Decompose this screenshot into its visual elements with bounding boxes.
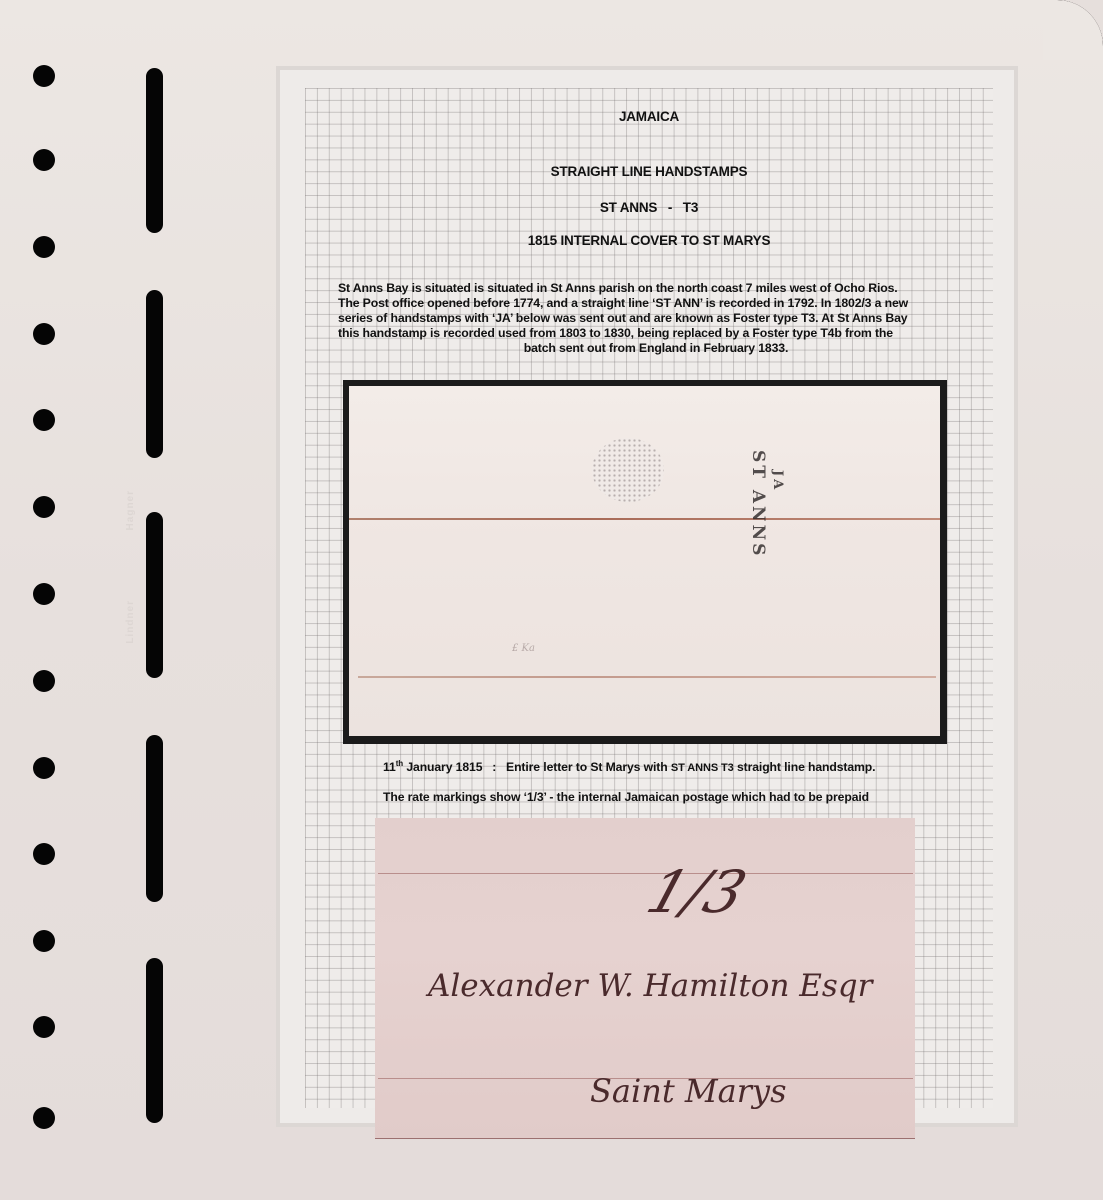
binder-hole <box>33 930 55 952</box>
binder-hole <box>33 670 55 692</box>
binder-slot <box>146 735 163 902</box>
binder-hole <box>33 583 55 605</box>
pencil-note: £ Ka <box>512 643 535 654</box>
binder-slot <box>146 290 163 458</box>
fold-line <box>349 518 940 520</box>
binder-slot <box>146 512 163 678</box>
intro-paragraph: St Anns Bay is situated is situated in S… <box>338 281 958 356</box>
addressee: Alexander W. Hamilton Esqr <box>428 968 872 1004</box>
binder-hole <box>33 1016 55 1038</box>
cover-back-image <box>349 386 940 736</box>
binder-hole <box>33 843 55 865</box>
binder-hole <box>33 323 55 345</box>
section-label: ST ANNS - T3 <box>305 200 993 215</box>
binder-hole <box>33 409 55 431</box>
page-heading: 1815 INTERNAL COVER TO ST MARYS <box>305 233 993 248</box>
intro-line: this handstamp is recorded used from 180… <box>338 326 958 341</box>
binder-slot <box>146 958 163 1123</box>
fold-line <box>378 873 913 874</box>
binder-hole <box>33 1107 55 1129</box>
ja-handstamp: JA <box>770 470 785 492</box>
wax-seal-impression <box>592 438 664 502</box>
destination: Saint Marys <box>590 1072 787 1110</box>
cover-caption: 11th January 1815 : Entire letter to St … <box>383 759 875 774</box>
intro-line: St Anns Bay is situated is situated in S… <box>338 281 958 296</box>
st-anns-handstamp: ST ANNS <box>748 450 768 558</box>
rate-caption: The rate markings show ‘1/3’ - the inter… <box>383 790 869 804</box>
fold-line <box>358 676 936 678</box>
binder-hole <box>33 757 55 779</box>
page-title: JAMAICA <box>305 109 993 124</box>
album-page: Lindner Hagner JAMAICA STRAIGHT LINE HAN… <box>0 0 1103 1200</box>
binder-hole <box>33 236 55 258</box>
page-subtitle: STRAIGHT LINE HANDSTAMPS <box>305 164 993 179</box>
ghost-label: Hagner <box>125 490 136 530</box>
ghost-label: Lindner <box>125 600 136 644</box>
intro-line: series of handstamps with ‘JA’ below was… <box>338 311 958 326</box>
intro-line: batch sent out from England in February … <box>338 341 958 356</box>
binder-hole <box>33 65 55 87</box>
intro-line: The Post office opened before 1774, and … <box>338 296 958 311</box>
binder-slot <box>146 68 163 233</box>
binder-hole <box>33 149 55 171</box>
binder-hole <box>33 496 55 518</box>
